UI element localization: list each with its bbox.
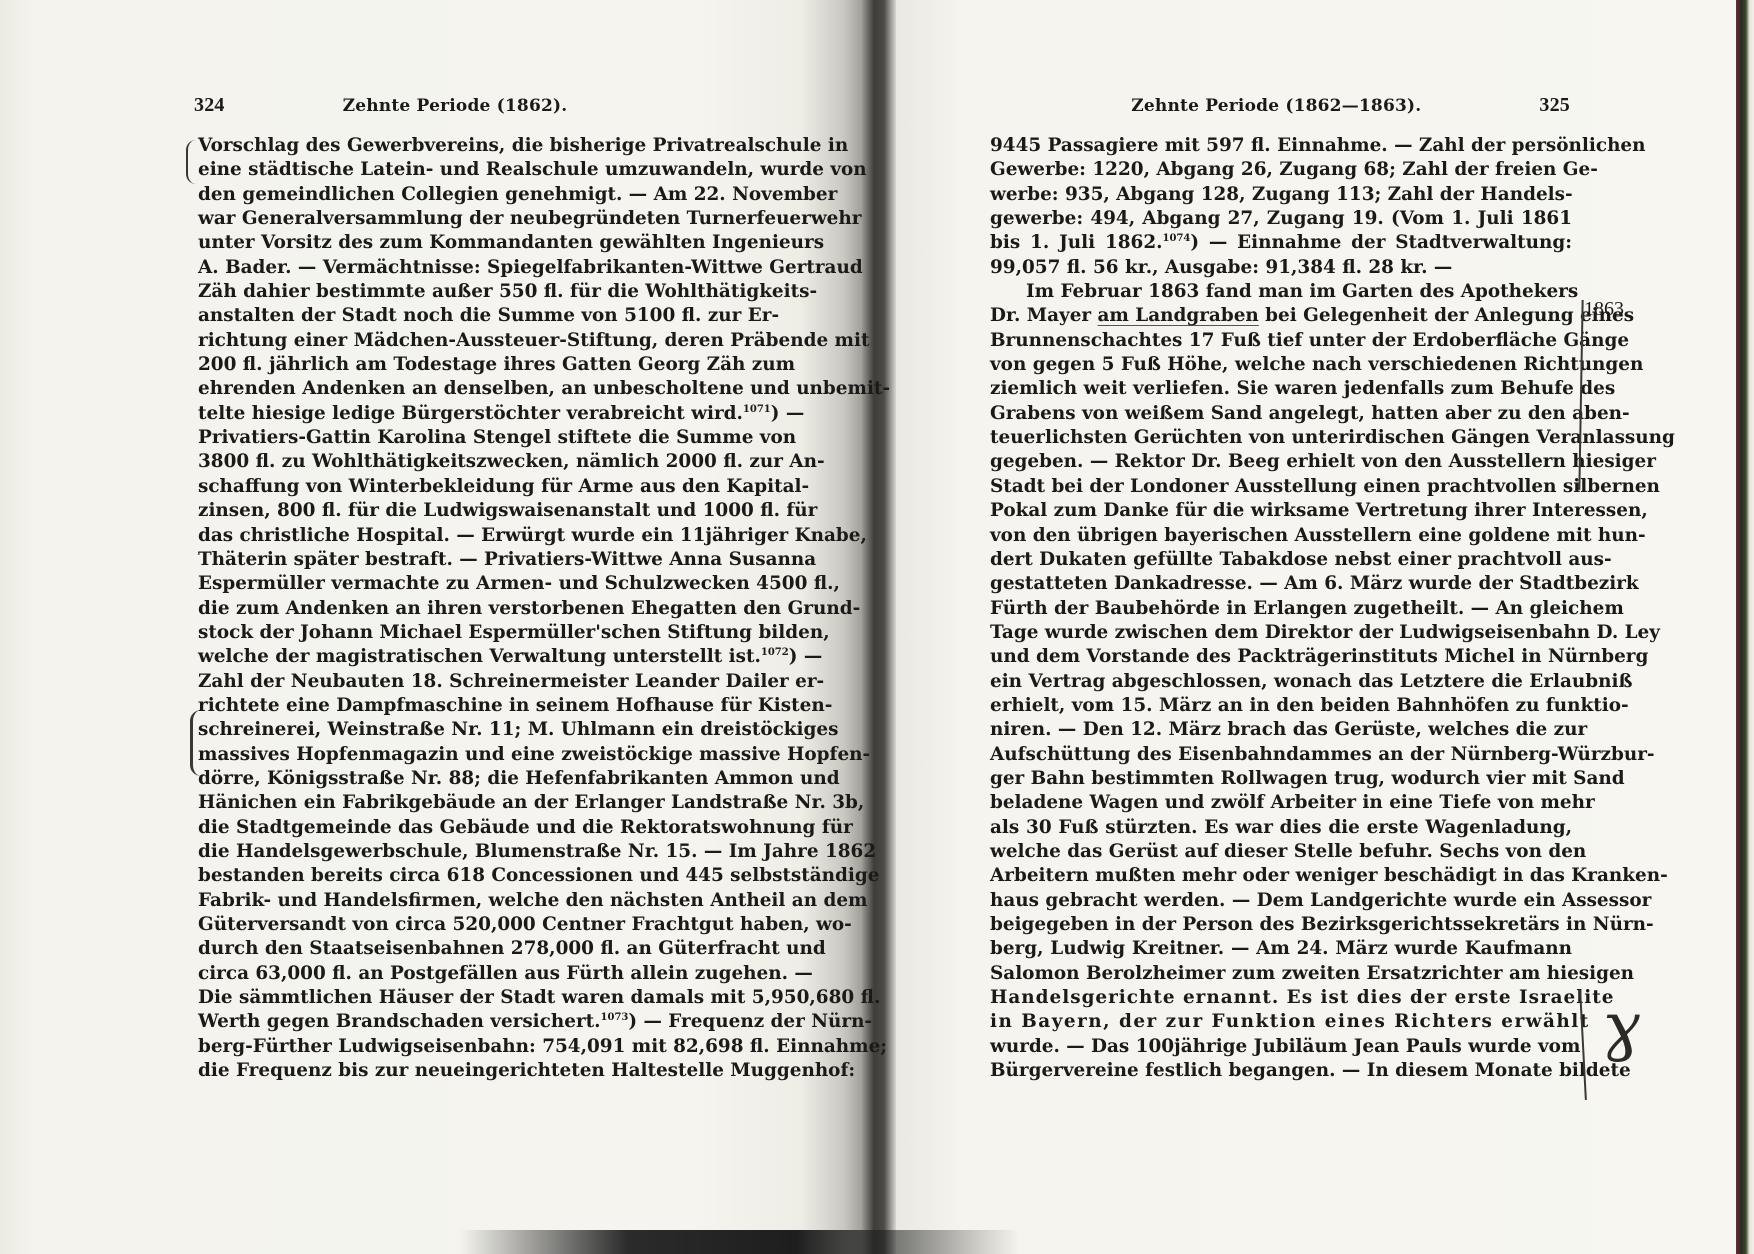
text-line: Zahl der Neubauten 18. Schreinermeister … xyxy=(198,670,704,694)
text-line: niren. — Den 12. März brach das Gerüste,… xyxy=(990,718,1572,742)
underlined-phrase: am Landgraben xyxy=(1098,305,1259,326)
text-line: Grabens von weißem Sand angelegt, hatten… xyxy=(990,402,1572,426)
text-line: Güterversandt von circa 520,000 Centner … xyxy=(198,913,704,937)
text-line: und dem Vorstande des Packträgerinstitut… xyxy=(990,645,1572,669)
text-line: welche der magistratischen Verwaltung un… xyxy=(198,645,704,669)
text-line: haus gebracht werden. — Dem Landgerichte… xyxy=(990,889,1572,913)
pencil-bracket-top xyxy=(186,140,196,184)
text-line: welche das Gerüst auf dieser Stelle befu… xyxy=(990,840,1572,864)
text-line: stock der Johann Michael Espermüller'sch… xyxy=(198,621,704,645)
text-line: unter Vorsitz des zum Kommandanten gewäh… xyxy=(198,231,704,255)
text-line: zinsen, 800 fl. für die Ludwigswaisenans… xyxy=(198,499,704,523)
book-cover-edge xyxy=(1736,0,1754,1254)
text-line: Fürth der Baubehörde in Erlangen zugethe… xyxy=(990,597,1572,621)
text-line: schaffung von Winterbekleidung für Arme … xyxy=(198,475,704,499)
text-line: Zäh dahier bestimmte außer 550 fl. für d… xyxy=(198,280,704,304)
text-line: teuerlichsten Gerüchten von unterirdisch… xyxy=(990,426,1572,450)
text-line: Dr. Mayer am Landgraben bei Gelegenheit … xyxy=(990,304,1572,328)
text-line: beladene Wagen und zwölf Arbeiter in ein… xyxy=(990,791,1572,815)
text-line: richtete eine Dampfmaschine in seinem Ho… xyxy=(198,694,704,718)
text-segment: bei Gelegenheit der Anlegung eines xyxy=(1259,305,1634,326)
text-line: Tage wurde zwischen dem Direktor der Lud… xyxy=(990,621,1572,645)
text-line: Stadt bei der Londoner Ausstellung einen… xyxy=(990,475,1572,499)
book-spread: 324 Zehnte Periode (1862). Vorschlag des… xyxy=(0,0,1754,1254)
text-line: wurde. — Das 100jährige Jubiläum Jean Pa… xyxy=(990,1035,1572,1059)
text-line: bestanden bereits circa 618 Concessionen… xyxy=(198,864,704,888)
text-line: Privatiers-Gattin Karolina Stengel stift… xyxy=(198,426,704,450)
text-segment: telte hiesige ledige Bürgerstöchter vera… xyxy=(198,403,743,424)
text-line: die Handelsgewerbschule, Blumenstraße Nr… xyxy=(198,840,704,864)
footnote-ref: 1071 xyxy=(743,404,771,415)
text-line: ein Vertrag abgeschlossen, wonach das Le… xyxy=(990,670,1572,694)
left-text-block: Vorschlag des Gewerbvereins, die bisheri… xyxy=(198,134,704,1083)
text-line: Vorschlag des Gewerbvereins, die bisheri… xyxy=(198,134,704,158)
text-line: als 30 Fuß stürzten. Es war dies die ers… xyxy=(990,816,1572,840)
text-line: Salomon Berolzheimer zum zweiten Ersatzr… xyxy=(990,962,1572,986)
text-line: die Stadtgemeinde das Gebäude und die Re… xyxy=(198,816,704,840)
text-line: von den übrigen bayerischen Ausstellern … xyxy=(990,524,1572,548)
text-line: richtung einer Mädchen-Aussteuer-Stiftun… xyxy=(198,329,704,353)
text-line: A. Bader. — Vermächtnisse: Spiegelfabrik… xyxy=(198,256,704,280)
text-line: ehrenden Andenken an denselben, an unbes… xyxy=(198,377,704,401)
text-line: werbe: 935, Abgang 128, Zugang 113; Zahl… xyxy=(990,183,1572,207)
text-line: bis 1. Juli 1862.1074) — Einnahme der St… xyxy=(990,231,1572,255)
left-running-title: Zehnte Periode (1862). xyxy=(343,96,568,116)
text-line: berg, Ludwig Kreitner. — Am 24. März wur… xyxy=(990,937,1572,961)
footnote-ref: 1074 xyxy=(1163,233,1191,244)
text-line: Handelsgerichte ernannt. Es ist dies der… xyxy=(990,986,1572,1010)
text-line: telte hiesige ledige Bürgerstöchter vera… xyxy=(198,402,704,426)
right-text-block: 9445 Passagiere mit 597 fl. Einnahme. — … xyxy=(990,134,1572,1083)
scan-shadow xyxy=(460,1230,1020,1254)
text-line: erhielt, vom 15. März an in den beiden B… xyxy=(990,694,1572,718)
text-line: die Frequenz bis zur neueingerichteten H… xyxy=(198,1059,704,1083)
right-page-number: 325 xyxy=(1539,94,1570,117)
left-page-number: 324 xyxy=(194,94,225,117)
text-line: 200 fl. jährlich am Todestage ihres Gatt… xyxy=(198,353,704,377)
text-line: von gegen 5 Fuß Höhe, welche nach versch… xyxy=(990,353,1572,377)
pencil-bracket-middle xyxy=(190,710,201,776)
text-segment: Werth gegen Brandschaden versichert. xyxy=(198,1011,601,1032)
text-segment: ) — Einnahme der Stadtverwaltung: xyxy=(1190,232,1572,253)
margin-year-note: 1863 xyxy=(1584,298,1624,321)
text-line: beigegeben in der Person des Bezirksgeri… xyxy=(990,913,1572,937)
text-line: gegeben. — Rektor Dr. Beeg erhielt von d… xyxy=(990,450,1572,474)
text-line: 3800 fl. zu Wohlthätigkeitszwecken, näml… xyxy=(198,450,704,474)
text-line: Hänichen ein Fabrikgebäude an der Erlang… xyxy=(198,791,704,815)
text-line: 9445 Passagiere mit 597 fl. Einnahme. — … xyxy=(990,134,1572,158)
text-line: das christliche Hospital. — Erwürgt wurd… xyxy=(198,524,704,548)
text-line: durch den Staatseisenbahnen 278,000 fl. … xyxy=(198,937,704,961)
right-running-head: Zehnte Periode (1862—1863). 325 xyxy=(1010,94,1570,117)
text-line: Espermüller vermachte zu Armen- und Schu… xyxy=(198,572,704,596)
footnote-ref: 1073 xyxy=(601,1012,629,1023)
text-line: Aufschüttung des Eisenbahndammes an der … xyxy=(990,743,1572,767)
text-line: Thäterin später bestraft. — Privatiers-W… xyxy=(198,548,704,572)
text-line: dörre, Königsstraße Nr. 88; die Hefenfab… xyxy=(198,767,704,791)
text-line: eine städtische Latein- und Realschule u… xyxy=(198,158,704,182)
text-line: circa 63,000 fl. an Postgefällen aus Für… xyxy=(198,962,704,986)
text-line: in Bayern, der zur Funktion eines Richte… xyxy=(990,1010,1572,1034)
text-line: Werth gegen Brandschaden versichert.1073… xyxy=(198,1010,704,1034)
text-segment: bis 1. Juli 1862. xyxy=(990,232,1163,253)
text-segment: welche der magistratischen Verwaltung un… xyxy=(198,646,761,667)
text-line: Pokal zum Danke für die wirksame Vertret… xyxy=(990,499,1572,523)
text-segment: ) — xyxy=(789,646,823,667)
text-line: gewerbe: 494, Abgang 27, Zugang 19. (Vom… xyxy=(990,207,1572,231)
text-line: Brunnenschachtes 17 Fuß tief unter der E… xyxy=(990,329,1572,353)
text-line: ziemlich weit verliefen. Sie waren jeden… xyxy=(990,377,1572,401)
text-line: Bürgervereine festlich begangen. — In di… xyxy=(990,1059,1572,1083)
text-segment: ) — xyxy=(771,403,805,424)
pencil-handwritten-mark: ɣ xyxy=(1602,990,1640,1064)
text-line: anstalten der Stadt noch die Summe von 5… xyxy=(198,304,704,328)
text-line: gestatteten Dankadresse. — Am 6. März wu… xyxy=(990,572,1572,596)
footnote-ref: 1072 xyxy=(761,647,789,658)
text-line: 99,057 fl. 56 kr., Ausgabe: 91,384 fl. 2… xyxy=(990,256,1572,280)
text-line: die zum Andenken an ihren verstorbenen E… xyxy=(198,597,704,621)
text-line: schreinerei, Weinstraße Nr. 11; M. Uhlma… xyxy=(198,718,704,742)
left-running-head: 324 Zehnte Periode (1862). xyxy=(194,94,700,117)
text-segment: Dr. Mayer xyxy=(990,305,1091,326)
text-line: ger Bahn bestimmten Rollwagen trug, wodu… xyxy=(990,767,1572,791)
text-line: Gewerbe: 1220, Abgang 26, Zugang 68; Zah… xyxy=(990,158,1572,182)
text-line: massives Hopfenmagazin und eine zweistöc… xyxy=(198,743,704,767)
text-line: berg-Fürther Ludwigseisenbahn: 754,091 m… xyxy=(198,1035,704,1059)
right-running-title: Zehnte Periode (1862—1863). xyxy=(1131,96,1421,116)
text-line: dert Dukaten gefüllte Tabakdose nebst ei… xyxy=(990,548,1572,572)
text-line: Die sämmtlichen Häuser der Stadt waren d… xyxy=(198,986,704,1010)
text-line: Im Februar 1863 fand man im Garten des A… xyxy=(990,280,1572,304)
text-line: war Generalversammlung der neubegründete… xyxy=(198,207,704,231)
text-line: den gemeindlichen Collegien genehmigt. —… xyxy=(198,183,704,207)
text-line: Fabrik- und Handelsfirmen, welche den nä… xyxy=(198,889,704,913)
text-line: Arbeitern mußten mehr oder weniger besch… xyxy=(990,864,1572,888)
text-segment: ) — Frequenz der Nürn- xyxy=(628,1011,872,1032)
